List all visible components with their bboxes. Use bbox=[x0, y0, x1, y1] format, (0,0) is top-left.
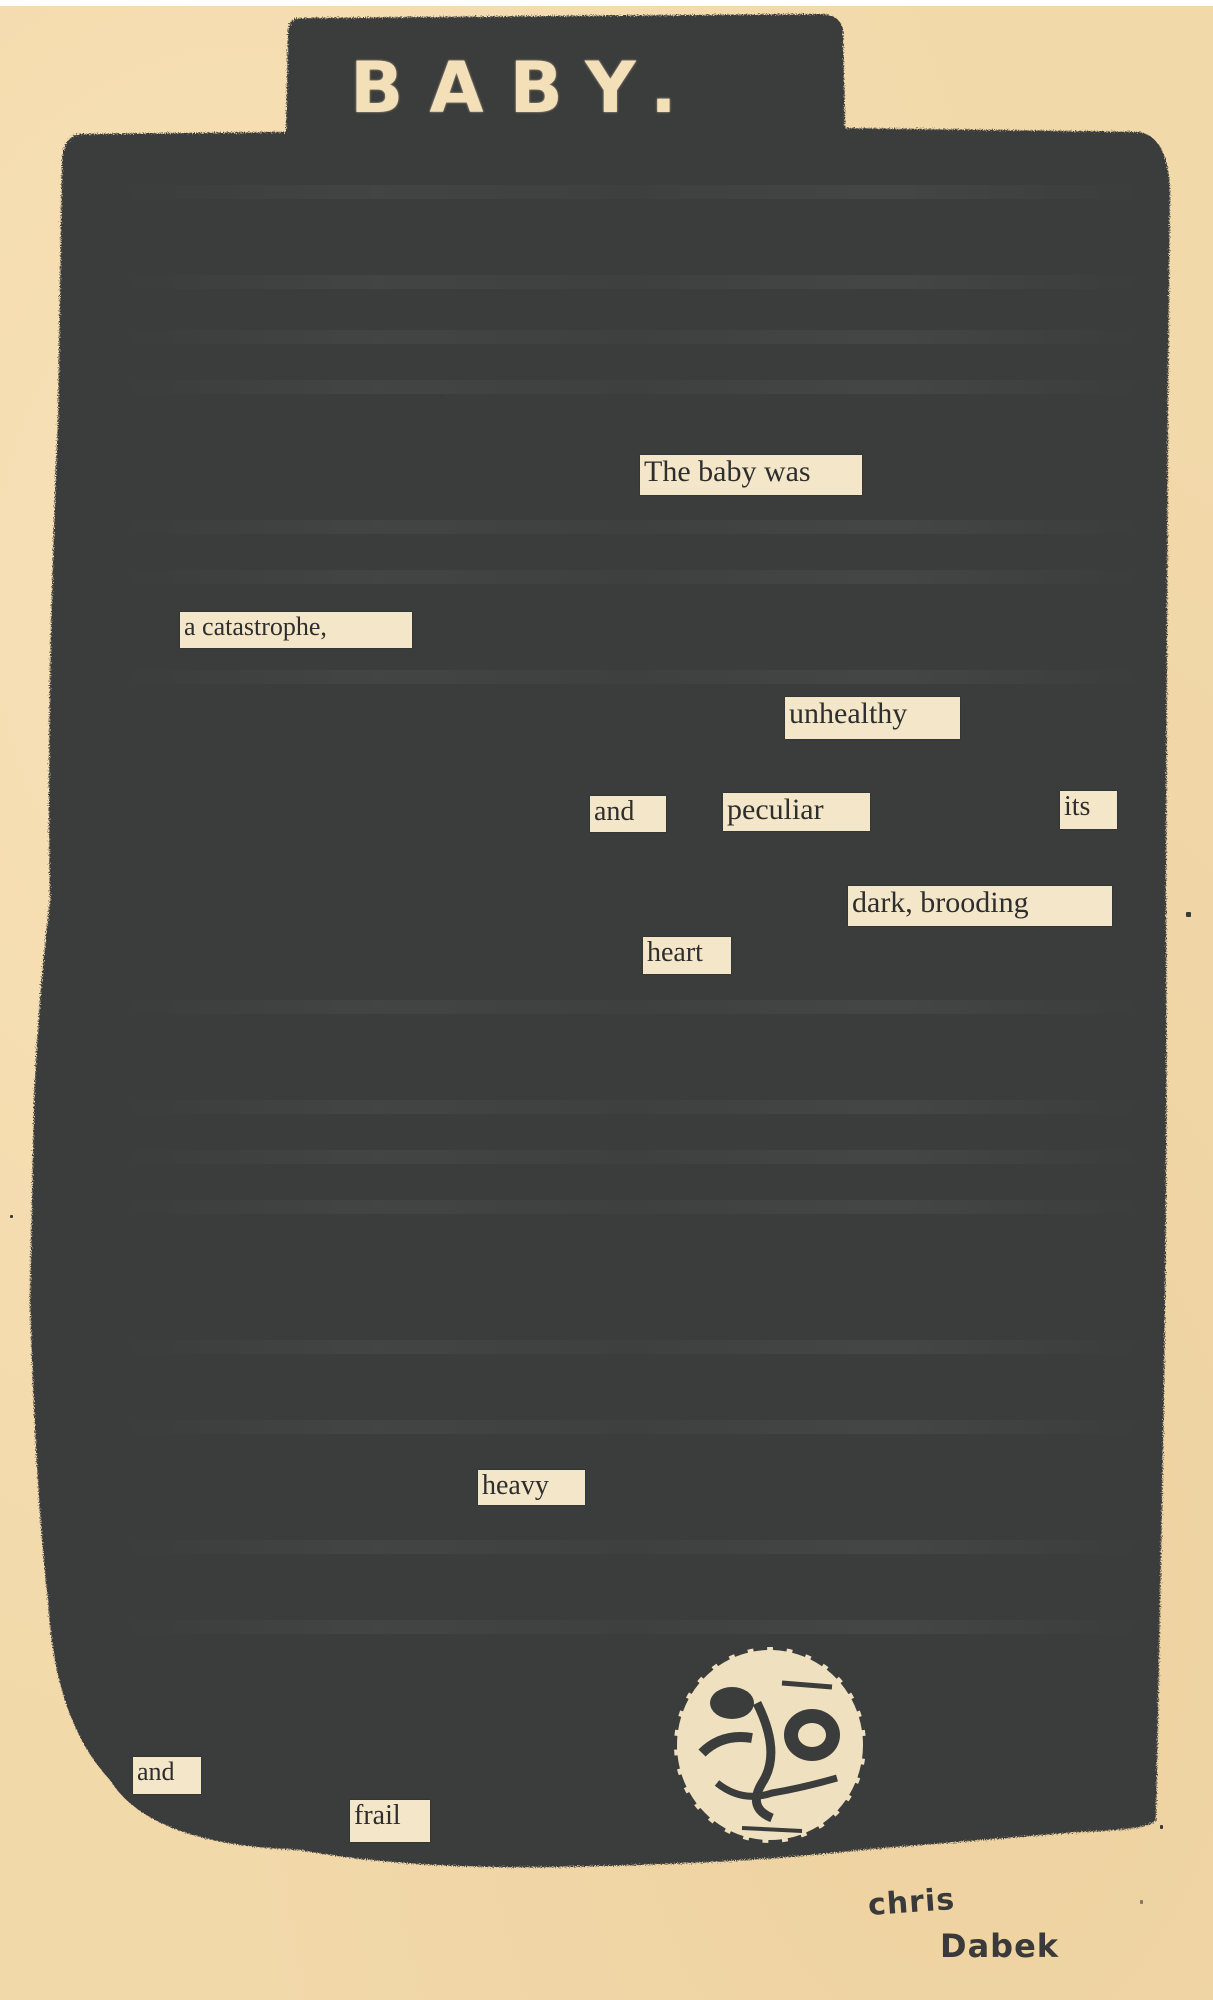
hidden-text-line bbox=[120, 520, 1143, 534]
ink-speck bbox=[1186, 912, 1191, 917]
revealed-word: The baby was bbox=[640, 455, 862, 495]
ink-speck bbox=[1140, 1900, 1143, 1904]
revealed-word: and bbox=[590, 796, 666, 832]
hidden-text-line bbox=[120, 1100, 1143, 1114]
revealed-word: unhealthy bbox=[785, 697, 960, 739]
hidden-text-line bbox=[120, 275, 1143, 289]
hidden-text-line bbox=[120, 670, 1143, 684]
hidden-text-line bbox=[120, 330, 1143, 344]
hidden-text-line bbox=[120, 1000, 1143, 1014]
revealed-word: a catastrophe, bbox=[180, 612, 412, 648]
hidden-text-line bbox=[120, 1340, 1143, 1354]
moon-face-illustration bbox=[662, 1643, 875, 1845]
revealed-word: dark, brooding bbox=[848, 886, 1112, 926]
revealed-word: frail bbox=[350, 1800, 430, 1842]
hidden-text-line bbox=[120, 1200, 1143, 1214]
ink-speck bbox=[440, 395, 444, 399]
hidden-text-line bbox=[120, 185, 1143, 199]
revealed-word: heart bbox=[643, 937, 731, 974]
ink-speck bbox=[10, 1215, 13, 1218]
revealed-word: peculiar bbox=[723, 793, 870, 831]
revealed-word: and bbox=[133, 1757, 201, 1794]
artist-signature: chris Dabek bbox=[868, 1885, 1088, 1975]
signature-first-name: chris bbox=[867, 1882, 956, 1923]
revealed-word: its bbox=[1060, 791, 1117, 829]
artwork-title: BABY. bbox=[350, 48, 770, 128]
hidden-text-line bbox=[120, 380, 1143, 394]
hidden-text-line bbox=[120, 1540, 1143, 1554]
ink-speck bbox=[1160, 1825, 1163, 1829]
hidden-text-line bbox=[120, 1150, 1143, 1164]
hidden-text-line bbox=[120, 1620, 1143, 1634]
signature-last-name: Dabek bbox=[940, 1927, 1059, 1965]
hidden-text-line bbox=[120, 1420, 1143, 1434]
moon-face-icon bbox=[662, 1643, 875, 1845]
revealed-word: heavy bbox=[478, 1470, 585, 1505]
hidden-text-line bbox=[120, 570, 1143, 584]
